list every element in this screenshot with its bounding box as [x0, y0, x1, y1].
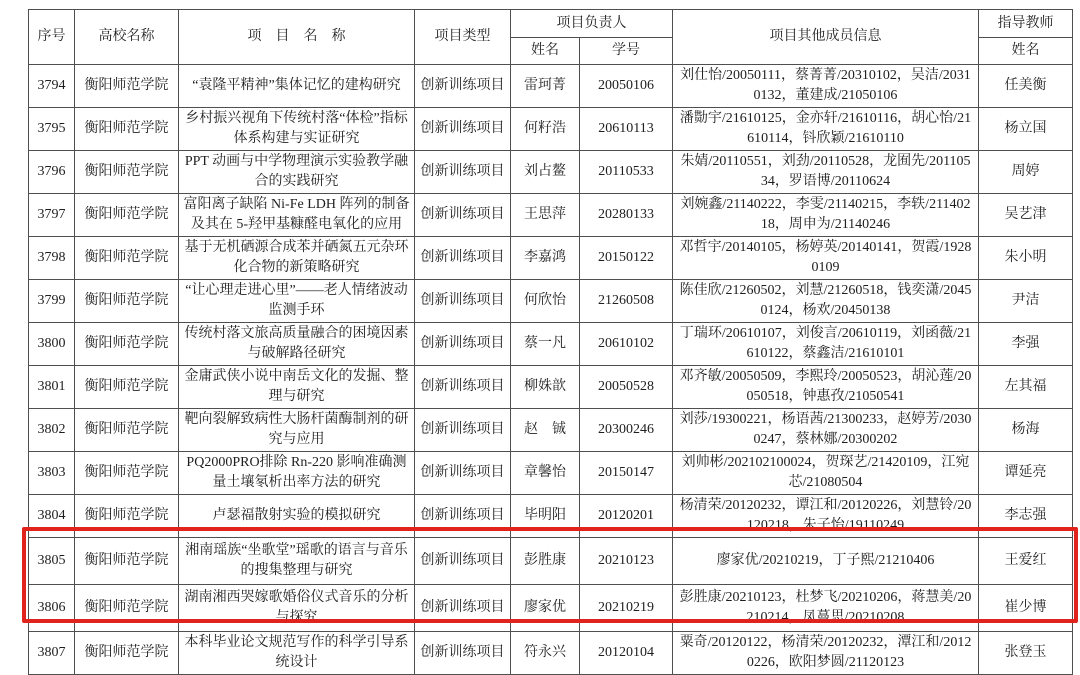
cell-project-type: 创新训练项目 — [415, 237, 511, 280]
cell-seq: 3804 — [29, 495, 75, 538]
cell-university: 衡阳师范学院 — [75, 452, 179, 495]
cell-seq: 3802 — [29, 409, 75, 452]
header-university: 高校名称 — [75, 10, 179, 65]
header-advisor-name: 姓名 — [979, 38, 1073, 65]
cell-leader-id: 20280133 — [580, 194, 673, 237]
cell-leader-id: 20050106 — [580, 65, 673, 108]
table-row: 3796 衡阳师范学院 PPT 动画与中学物理演示实验教学融合的实践研究 创新训… — [29, 151, 1073, 194]
table-row: 3806 衡阳师范学院 湖南湘西哭嫁歌婚俗仪式音乐的分析与探究 创新训练项目 廖… — [29, 585, 1073, 632]
cell-seq: 3795 — [29, 108, 75, 151]
cell-leader-name: 廖家优 — [511, 585, 580, 632]
cell-seq: 3806 — [29, 585, 75, 632]
cell-project-type: 创新训练项目 — [415, 65, 511, 108]
cell-leader-name: 何欣怡 — [511, 280, 580, 323]
cell-advisor-name: 王爱红 — [979, 538, 1073, 585]
cell-project-name: 金庸武侠小说中南岳文化的发掘、整理与研究 — [179, 366, 415, 409]
cell-leader-name: 符永兴 — [511, 632, 580, 675]
cell-seq: 3805 — [29, 538, 75, 585]
table-row: 3802 衡阳师范学院 靶向裂解致病性大肠杆菌酶制剂的研究与应用 创新训练项目 … — [29, 409, 1073, 452]
cell-members: 彭胜康/20210123，杜梦飞/20210206，蒋慧美/20210214，凤… — [673, 585, 979, 632]
cell-seq: 3799 — [29, 280, 75, 323]
cell-advisor-name: 任美衡 — [979, 65, 1073, 108]
table-row: 3794 衡阳师范学院 “袁隆平精神”集体记忆的建构研究 创新训练项目 雷珂菁 … — [29, 65, 1073, 108]
cell-members: 杨清荣/20120232，谭江和/20120226，刘慧铃/20120218，朱… — [673, 495, 979, 538]
cell-project-type: 创新训练项目 — [415, 495, 511, 538]
cell-members: 邓哲宇/20140105，杨婷英/20140141，贺霞/19280109 — [673, 237, 979, 280]
cell-members: 刘仕怡/20050111，蔡菁菁/20310102，吴洁/20310132，董建… — [673, 65, 979, 108]
cell-seq: 3807 — [29, 632, 75, 675]
cell-leader-name: 章馨怡 — [511, 452, 580, 495]
cell-advisor-name: 周婷 — [979, 151, 1073, 194]
cell-members: 刘帅彬/202102100024，贺琛艺/21420109，江宛芯/210805… — [673, 452, 979, 495]
table-row: 3807 衡阳师范学院 本科毕业论文规范写作的科学引导系统设计 创新训练项目 符… — [29, 632, 1073, 675]
table-row: 3800 衡阳师范学院 传统村落文旅高质量融合的困境因素与破解路径研究 创新训练… — [29, 323, 1073, 366]
cell-leader-id: 20300246 — [580, 409, 673, 452]
cell-advisor-name: 谭延亮 — [979, 452, 1073, 495]
cell-university: 衡阳师范学院 — [75, 194, 179, 237]
cell-project-type: 创新训练项目 — [415, 366, 511, 409]
cell-members: 邓齐敏/20050509，李熙玲/20050523，胡沁莲/20050518，钟… — [673, 366, 979, 409]
cell-leader-name: 刘占鳌 — [511, 151, 580, 194]
table-row: 3803 衡阳师范学院 PQ2000PRO排除 Rn-220 影响准确测量土壤氡… — [29, 452, 1073, 495]
header-advisor-group: 指导教师 — [979, 10, 1073, 38]
cell-members: 朱婧/20110551，刘劲/20110528，龙囿先/20110534，罗语博… — [673, 151, 979, 194]
cell-seq: 3798 — [29, 237, 75, 280]
table-row: 3799 衡阳师范学院 “让心理走进心里”——老人情绪波动监测手环 创新训练项目… — [29, 280, 1073, 323]
cell-university: 衡阳师范学院 — [75, 280, 179, 323]
cell-leader-id: 20210219 — [580, 585, 673, 632]
cell-university: 衡阳师范学院 — [75, 237, 179, 280]
cell-university: 衡阳师范学院 — [75, 366, 179, 409]
cell-university: 衡阳师范学院 — [75, 409, 179, 452]
cell-project-name: 传统村落文旅高质量融合的困境因素与破解路径研究 — [179, 323, 415, 366]
header-leader-group: 项目负责人 — [511, 10, 673, 38]
cell-project-type: 创新训练项目 — [415, 409, 511, 452]
cell-university: 衡阳师范学院 — [75, 151, 179, 194]
cell-leader-name: 彭胜康 — [511, 538, 580, 585]
cell-advisor-name: 杨立国 — [979, 108, 1073, 151]
table-header: 序号 高校名称 项 目 名 称 项目类型 项目负责人 项目其他成员信息 指导教师… — [29, 10, 1073, 65]
cell-project-name: 卢瑟福散射实验的模拟研究 — [179, 495, 415, 538]
cell-advisor-name: 左其福 — [979, 366, 1073, 409]
cell-leader-name: 毕明阳 — [511, 495, 580, 538]
cell-project-name: 本科毕业论文规范写作的科学引导系统设计 — [179, 632, 415, 675]
cell-project-type: 创新训练项目 — [415, 323, 511, 366]
table-row: 3798 衡阳师范学院 基于无机硒源合成苯并硒氮五元杂环化合物的新策略研究 创新… — [29, 237, 1073, 280]
cell-project-name: 靶向裂解致病性大肠杆菌酶制剂的研究与应用 — [179, 409, 415, 452]
cell-members: 刘婉鑫/21140222，李雯/21140215，李轶/21140218，周申为… — [673, 194, 979, 237]
cell-seq: 3800 — [29, 323, 75, 366]
cell-advisor-name: 吴艺津 — [979, 194, 1073, 237]
cell-university: 衡阳师范学院 — [75, 632, 179, 675]
table-row: 3801 衡阳师范学院 金庸武侠小说中南岳文化的发掘、整理与研究 创新训练项目 … — [29, 366, 1073, 409]
cell-members: 廖家优/20210219，丁子熙/21210406 — [673, 538, 979, 585]
cell-leader-name: 王思萍 — [511, 194, 580, 237]
cell-seq: 3801 — [29, 366, 75, 409]
cell-leader-name: 柳姝歆 — [511, 366, 580, 409]
table-body: 3794 衡阳师范学院 “袁隆平精神”集体记忆的建构研究 创新训练项目 雷珂菁 … — [29, 65, 1073, 675]
cell-leader-id: 20150122 — [580, 237, 673, 280]
cell-university: 衡阳师范学院 — [75, 65, 179, 108]
cell-leader-id: 20610113 — [580, 108, 673, 151]
cell-project-type: 创新训练项目 — [415, 151, 511, 194]
table-row: 3797 衡阳师范学院 富阳离子缺陷 Ni-Fe LDH 阵列的制备及其在 5-… — [29, 194, 1073, 237]
cell-project-name: 乡村振兴视角下传统村落“体检”指标体系构建与实证研究 — [179, 108, 415, 151]
cell-advisor-name: 杨海 — [979, 409, 1073, 452]
cell-university: 衡阳师范学院 — [75, 323, 179, 366]
cell-leader-name: 雷珂菁 — [511, 65, 580, 108]
cell-advisor-name: 李强 — [979, 323, 1073, 366]
cell-project-type: 创新训练项目 — [415, 585, 511, 632]
cell-members: 刘莎/19300221，杨语茜/21300233，赵婷芳/20300247，蔡林… — [673, 409, 979, 452]
table-row: 3795 衡阳师范学院 乡村振兴视角下传统村落“体检”指标体系构建与实证研究 创… — [29, 108, 1073, 151]
cell-project-type: 创新训练项目 — [415, 538, 511, 585]
cell-members: 粟奇/20120122，杨清荣/20120232，潭江和/20120226，欧阳… — [673, 632, 979, 675]
cell-project-type: 创新训练项目 — [415, 632, 511, 675]
cell-university: 衡阳师范学院 — [75, 585, 179, 632]
cell-advisor-name: 崔少博 — [979, 585, 1073, 632]
cell-leader-name: 李嘉鸿 — [511, 237, 580, 280]
cell-project-name: 湘南瑶族“坐歌堂”瑶歌的语言与音乐的搜集整理与研究 — [179, 538, 415, 585]
header-members: 项目其他成员信息 — [673, 10, 979, 65]
cell-seq: 3797 — [29, 194, 75, 237]
cell-leader-id: 20110533 — [580, 151, 673, 194]
cell-members: 陈佳欣/21260502，刘慧/21260518，钱奕潇/20450124，杨欢… — [673, 280, 979, 323]
cell-project-type: 创新训练项目 — [415, 194, 511, 237]
cell-seq: 3794 — [29, 65, 75, 108]
cell-leader-id: 21260508 — [580, 280, 673, 323]
cell-seq: 3796 — [29, 151, 75, 194]
document-page: 序号 高校名称 项 目 名 称 项目类型 项目负责人 项目其他成员信息 指导教师… — [0, 0, 1080, 675]
cell-project-name: 富阳离子缺陷 Ni-Fe LDH 阵列的制备及其在 5-羟甲基糠醛电氧化的应用 — [179, 194, 415, 237]
cell-project-name: PPT 动画与中学物理演示实验教学融合的实践研究 — [179, 151, 415, 194]
table-row: 3805 衡阳师范学院 湘南瑶族“坐歌堂”瑶歌的语言与音乐的搜集整理与研究 创新… — [29, 538, 1073, 585]
cell-leader-id: 20610102 — [580, 323, 673, 366]
cell-project-name: 湖南湘西哭嫁歌婚俗仪式音乐的分析与探究 — [179, 585, 415, 632]
cell-project-type: 创新训练项目 — [415, 108, 511, 151]
cell-project-type: 创新训练项目 — [415, 452, 511, 495]
header-leader-name: 姓名 — [511, 38, 580, 65]
header-project-type: 项目类型 — [415, 10, 511, 65]
cell-project-name: PQ2000PRO排除 Rn-220 影响准确测量土壤氡析出率方法的研究 — [179, 452, 415, 495]
header-leader-id: 学号 — [580, 38, 673, 65]
cell-advisor-name: 李志强 — [979, 495, 1073, 538]
cell-university: 衡阳师范学院 — [75, 495, 179, 538]
header-seq: 序号 — [29, 10, 75, 65]
cell-project-name: “袁隆平精神”集体记忆的建构研究 — [179, 65, 415, 108]
cell-leader-id: 20120201 — [580, 495, 673, 538]
cell-members: 丁瑞环/20610107，刘俊言/20610119，刘函薇/21610122，蔡… — [673, 323, 979, 366]
cell-members: 潘勚宇/21610125，金亦轩/21610116，胡心怡/21610114，钭… — [673, 108, 979, 151]
cell-advisor-name: 张登玉 — [979, 632, 1073, 675]
cell-leader-name: 蔡一凡 — [511, 323, 580, 366]
cell-university: 衡阳师范学院 — [75, 108, 179, 151]
table-row: 3804 衡阳师范学院 卢瑟福散射实验的模拟研究 创新训练项目 毕明阳 2012… — [29, 495, 1073, 538]
cell-leader-id: 20120104 — [580, 632, 673, 675]
cell-project-type: 创新训练项目 — [415, 280, 511, 323]
cell-leader-id: 20150147 — [580, 452, 673, 495]
header-project-name: 项 目 名 称 — [179, 10, 415, 65]
projects-table: 序号 高校名称 项 目 名 称 项目类型 项目负责人 项目其他成员信息 指导教师… — [28, 9, 1073, 675]
cell-seq: 3803 — [29, 452, 75, 495]
cell-leader-id: 20050528 — [580, 366, 673, 409]
cell-project-name: 基于无机硒源合成苯并硒氮五元杂环化合物的新策略研究 — [179, 237, 415, 280]
cell-advisor-name: 尹洁 — [979, 280, 1073, 323]
cell-university: 衡阳师范学院 — [75, 538, 179, 585]
cell-advisor-name: 朱小明 — [979, 237, 1073, 280]
cell-project-name: “让心理走进心里”——老人情绪波动监测手环 — [179, 280, 415, 323]
cell-leader-name: 何籽浩 — [511, 108, 580, 151]
cell-leader-id: 20210123 — [580, 538, 673, 585]
cell-leader-name: 赵 铖 — [511, 409, 580, 452]
